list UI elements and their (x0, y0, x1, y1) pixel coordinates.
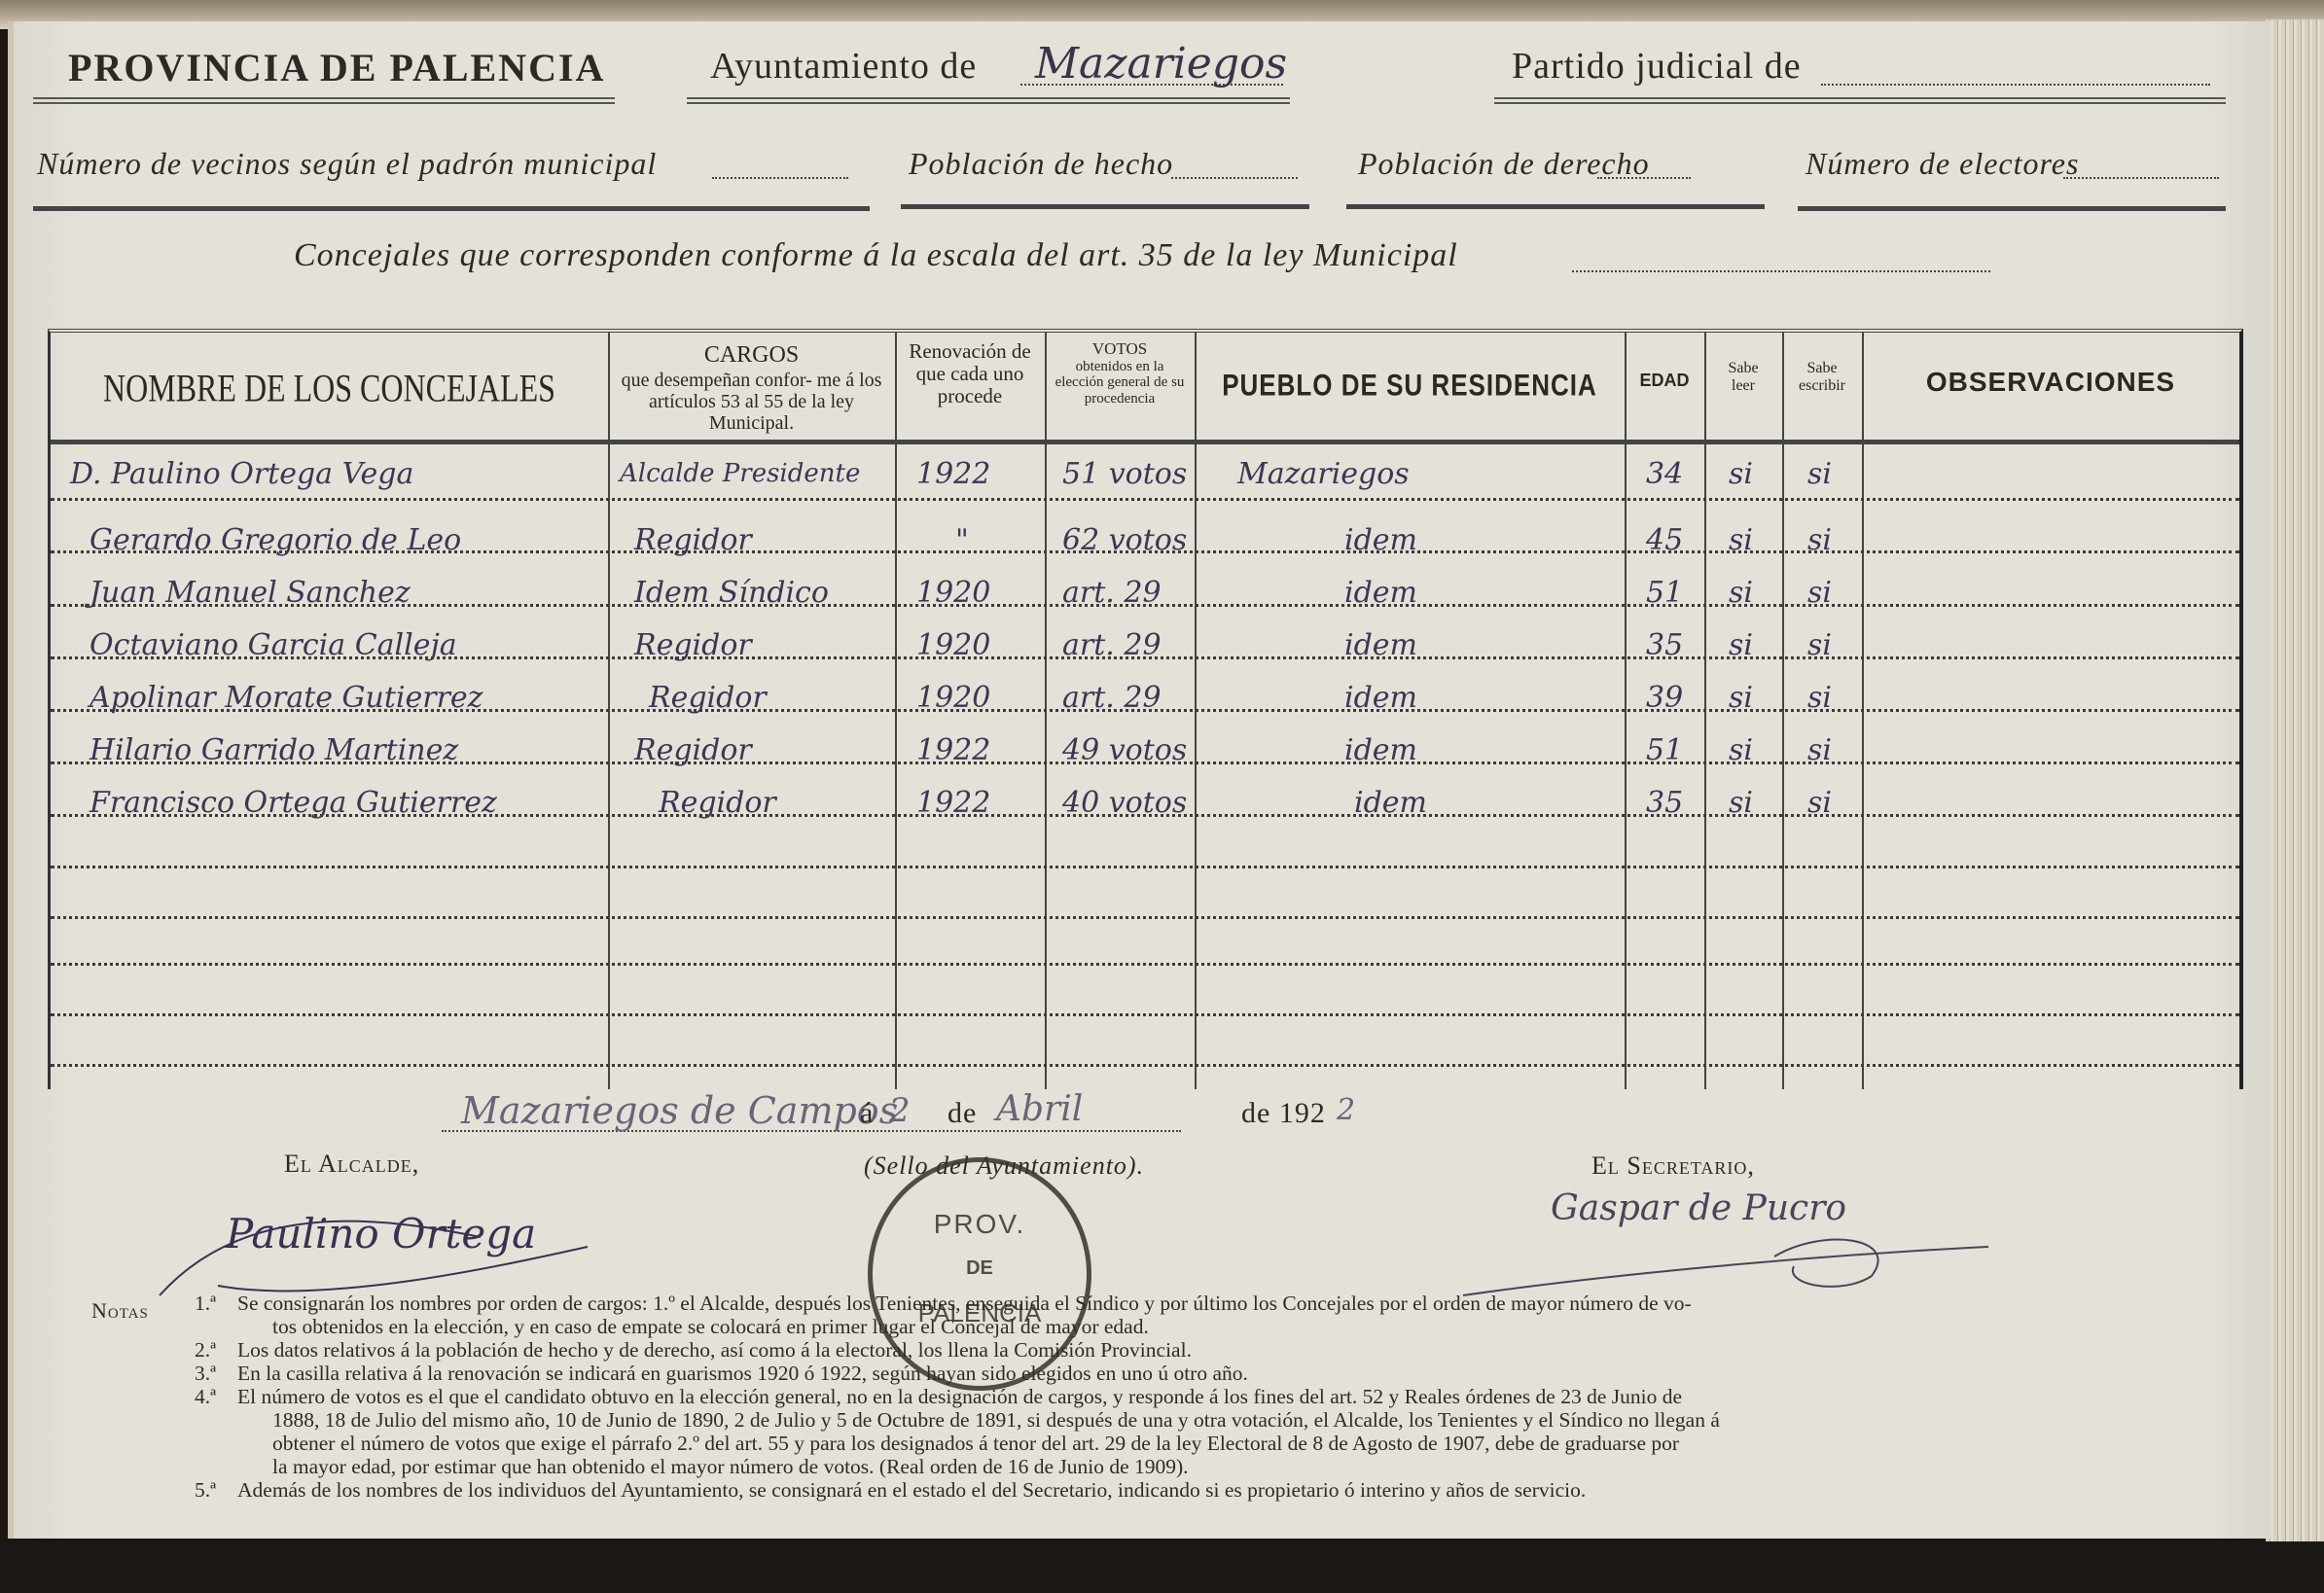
stamp-top: PROV. (873, 1209, 1087, 1240)
cell-pueblo[interactable]: Mazariegos (1237, 457, 1410, 491)
alcalde-label: El Alcalde, (284, 1150, 419, 1179)
vecinos-field[interactable] (712, 177, 848, 179)
year-label: de 192 (1241, 1097, 1326, 1130)
note-4-line-3: obtener el número de votos que exige el … (272, 1432, 1679, 1455)
note-2-line-1: Los datos relativos á la población de he… (237, 1338, 1192, 1362)
th-cargos-title: CARGOS (608, 342, 895, 368)
note-4-line-2: 1888, 18 de Julio del mismo año, 10 de J… (272, 1408, 1720, 1432)
note-number: 3.ª (195, 1362, 216, 1385)
stamp-middle: DE (873, 1257, 1087, 1280)
th-nombre: NOMBRE DE LOS CONCEJALES (51, 368, 608, 410)
concejales-label: Concejales que corresponden conforme á l… (294, 237, 1458, 274)
empty-row-line[interactable] (51, 916, 2239, 919)
th-pueblo: PUEBLO DE SU RESIDENCIA (1195, 369, 1625, 402)
note-1-line-2: tos obtenidos en la elección, y en caso … (272, 1315, 1149, 1338)
month-value[interactable]: Abril (996, 1089, 1083, 1129)
ayuntamiento-label: Ayuntamiento de (710, 45, 977, 88)
cell-nombre[interactable]: D. Paulino Ortega Vega (70, 457, 413, 491)
document-page: PROVINCIA DE PALENCIA Ayuntamiento de Ma… (8, 21, 2270, 1539)
concejales-field[interactable] (1572, 270, 1990, 272)
row-line (51, 604, 2239, 607)
secretario-label: El Secretario, (1591, 1151, 1755, 1181)
th-leer: Sabe leer (1704, 360, 1782, 394)
divider (901, 204, 1309, 209)
divider (1494, 97, 2226, 104)
provincia-title: PROVINCIA DE PALENCIA (68, 45, 605, 90)
cell-votos[interactable]: 51 votos (1062, 457, 1187, 491)
th-cargos: CARGOS que desempeñan confor- me á los a… (608, 342, 895, 434)
poblacion-hecho-label: Población de hecho (909, 146, 1173, 182)
th-renovacion: Renovación de que cada uno procede (895, 340, 1045, 407)
note-3-line-1: En la casilla relativa á la renovación s… (237, 1362, 1248, 1385)
divider (1798, 206, 2226, 211)
row-line (51, 709, 2239, 712)
header-divider (51, 440, 2239, 444)
poblacion-derecho-field[interactable] (1597, 177, 1691, 179)
row-line (51, 498, 2239, 501)
year-digit[interactable]: 2 (1337, 1093, 1355, 1127)
divider (1346, 204, 1765, 209)
row-line (51, 550, 2239, 553)
note-number: 1.ª (195, 1292, 216, 1315)
poblacion-hecho-field[interactable] (1171, 177, 1298, 179)
empty-row-line[interactable] (51, 1064, 2239, 1067)
day-value[interactable]: 2 (889, 1091, 911, 1130)
th-observaciones: OBSERVACIONES (1862, 368, 2239, 398)
th-votos-title: VOTOS (1045, 340, 1195, 359)
ayuntamiento-value[interactable]: Mazariegos (1035, 39, 1287, 88)
partido-label: Partido judicial de (1512, 45, 1802, 88)
cell-edad[interactable]: 34 (1646, 457, 1683, 491)
empty-row-line[interactable] (51, 1013, 2239, 1016)
th-cargos-sub: que desempeñan confor- me á los artículo… (616, 370, 888, 434)
de-label: de (947, 1097, 977, 1130)
note-4-line-1: El número de votos es el que el candidat… (237, 1385, 1682, 1408)
divider (33, 206, 870, 211)
place-value[interactable]: Mazariegos de Campos (461, 1089, 898, 1132)
th-votos-sub: obtenidos en la elección general de su p… (1045, 359, 1195, 407)
note-number: 5.ª (195, 1478, 216, 1502)
partido-field[interactable] (1821, 84, 2210, 86)
note-number: 2.ª (195, 1338, 216, 1362)
note-5-line-1: Además de los nombres de los individuos … (237, 1478, 1586, 1502)
cell-leer[interactable]: si (1729, 457, 1753, 491)
book-bottom-shadow (0, 1541, 2324, 1593)
row-line (51, 656, 2239, 659)
th-edad: EDAD (1625, 372, 1704, 391)
row-line (51, 761, 2239, 764)
empty-row-line[interactable] (51, 963, 2239, 966)
page-edges (2266, 19, 2324, 1575)
vecinos-label: Número de vecinos según el padrón munici… (37, 146, 657, 182)
electores-field[interactable] (2063, 177, 2219, 179)
row-line (51, 814, 2239, 817)
th-escribir: Sabe escribir (1782, 360, 1862, 394)
note-number: 4.ª (195, 1385, 216, 1408)
empty-row-line[interactable] (51, 866, 2239, 868)
cell-cargo[interactable]: Alcalde Presidente (620, 459, 860, 488)
electores-label: Número de electores (1806, 146, 2079, 182)
note-1-line-1: Se consignarán los nombres por orden de … (237, 1292, 1692, 1315)
cell-escribir[interactable]: si (1807, 457, 1832, 491)
a-label: á (860, 1097, 874, 1130)
concejales-table: NOMBRE DE LOS CONCEJALES CARGOS que dese… (48, 329, 2243, 1089)
notes-label: Notas (91, 1299, 149, 1323)
th-votos: VOTOS obtenidos en la elección general d… (1045, 340, 1195, 407)
cell-renovacion[interactable]: 1922 (916, 457, 990, 491)
note-4-line-4: la mayor edad, por estimar que han obten… (272, 1455, 1189, 1478)
divider (33, 97, 615, 104)
divider (687, 97, 1290, 104)
